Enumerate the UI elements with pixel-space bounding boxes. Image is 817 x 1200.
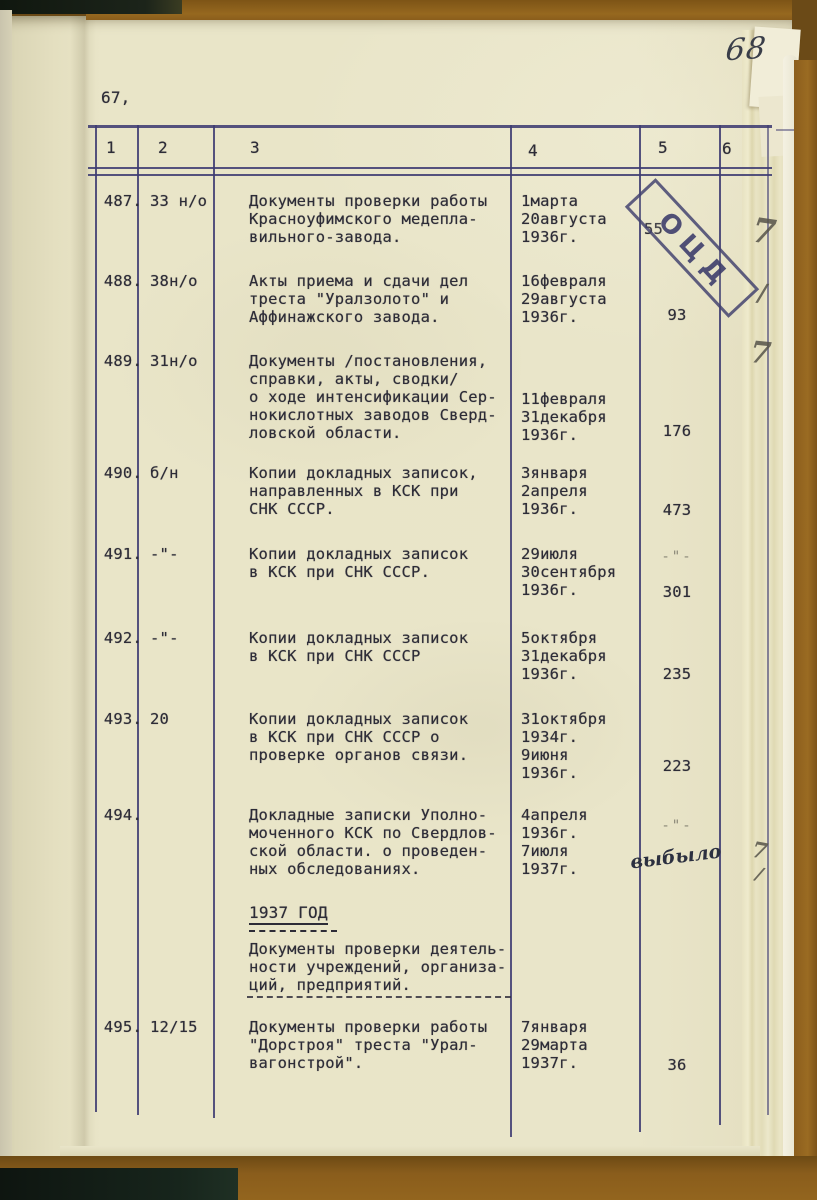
binding-fold-shadow <box>70 16 96 1166</box>
row-dates: 4апреля 1936г. 7июля 1937г. <box>521 806 635 878</box>
row-number: 490. <box>96 464 142 482</box>
document-scan: 68 67, 1 2 3 4 5 6 487. 33 н/о Документы… <box>0 0 817 1200</box>
row-number: 489. <box>96 352 142 370</box>
margin-mark: 7 <box>748 335 772 372</box>
year-heading-underline <box>249 930 337 932</box>
edge-tick <box>776 129 794 131</box>
row-title: Копии докладных записок в КСК при СНК СС… <box>249 629 517 665</box>
col-line-4-5 <box>639 125 641 1132</box>
margin-mark: / <box>757 278 768 308</box>
row-count: 176 <box>640 422 714 440</box>
row-number: 493. <box>96 710 142 728</box>
column-header-5: 5 <box>658 139 668 157</box>
row-dates: 11февраля 31декабря 1936г. <box>521 390 635 444</box>
row-index: 31н/о <box>150 352 212 370</box>
row-title: Документы проверки работы Красноуфимског… <box>249 192 517 246</box>
row-number: 494. <box>96 806 142 824</box>
margin-mark: 7 <box>749 211 778 254</box>
scan-background-top-left <box>0 0 182 14</box>
header-separator-line-1 <box>88 167 772 169</box>
faint-pencil-mark: -"- <box>640 818 714 834</box>
row-number: 488. <box>96 272 142 290</box>
row-index: 38н/о <box>150 272 212 290</box>
typed-page-label: 67, <box>101 89 131 107</box>
row-count: 235 <box>640 665 714 683</box>
book-cover-right <box>794 60 817 1200</box>
row-index: -"- <box>150 629 212 647</box>
year-heading: 1937 ГОД <box>249 904 328 922</box>
row-dates: 16февраля 29августа 1936г. <box>521 272 635 326</box>
book-cover-top <box>86 0 792 20</box>
row-count: 36 <box>640 1056 714 1074</box>
row-number: 487. <box>96 192 142 210</box>
scan-background-bottom-left <box>0 1168 238 1200</box>
row-index: 33 н/о <box>150 192 212 210</box>
row-dates: 3января 2апреля 1936г. <box>521 464 635 518</box>
row-title: Докладные записки Уполно- моченного КСК … <box>249 806 517 878</box>
row-index: б/н <box>150 464 212 482</box>
header-separator-line-2 <box>88 174 772 176</box>
row-title: Копии докладных записок в КСК при СНК СС… <box>249 710 517 764</box>
row-title: Документы проверки работы "Дорстроя" тре… <box>249 1018 517 1072</box>
row-dates: 1марта 20августа 1936г. <box>521 192 635 246</box>
stacked-page-edges <box>742 30 786 1165</box>
row-number: 491. <box>96 545 142 563</box>
row-title: Копии докладных записок в КСК при СНК СС… <box>249 545 517 581</box>
row-dates: 29июля 30сентября 1936г. <box>521 545 635 599</box>
faint-pencil-mark: -"- <box>640 549 714 565</box>
section-note: Документы проверки деятель- ности учрежд… <box>249 940 517 994</box>
row-dates: 31октября 1934г. 9июня 1936г. <box>521 710 635 782</box>
row-count: 223 <box>640 757 714 775</box>
row-dates: 7января 29марта 1937г. <box>521 1018 635 1072</box>
row-dates: 5октября 31декабря 1936г. <box>521 629 635 683</box>
row-number: 495. <box>96 1018 142 1036</box>
adjacent-page-sliver <box>0 10 12 1200</box>
table-top-border <box>88 125 772 128</box>
year-heading-text: 1937 ГОД <box>249 903 328 925</box>
column-header-6: 6 <box>722 140 732 158</box>
row-title: Акты приема и сдачи дел треста "Уралзоло… <box>249 272 517 326</box>
row-title: Документы /постановления, справки, акты,… <box>249 352 517 442</box>
handwritten-page-number: 68 <box>724 31 768 69</box>
row-count: 93 <box>640 306 714 324</box>
row-count: 301 <box>640 583 714 601</box>
table-border-right <box>767 125 769 1115</box>
row-index: 20 <box>150 710 212 728</box>
column-header-3: 3 <box>250 139 260 157</box>
row-number: 492. <box>96 629 142 647</box>
column-header-4: 4 <box>528 142 538 160</box>
col-line-2-3 <box>213 125 215 1118</box>
row-title: Копии докладных записок, направленных в … <box>249 464 517 518</box>
section-dashed-separator <box>247 996 511 998</box>
row-index: -"- <box>150 545 212 563</box>
column-header-2: 2 <box>158 139 168 157</box>
column-header-1: 1 <box>106 139 116 157</box>
row-index: 12/15 <box>150 1018 212 1036</box>
row-count: 473 <box>640 501 714 519</box>
